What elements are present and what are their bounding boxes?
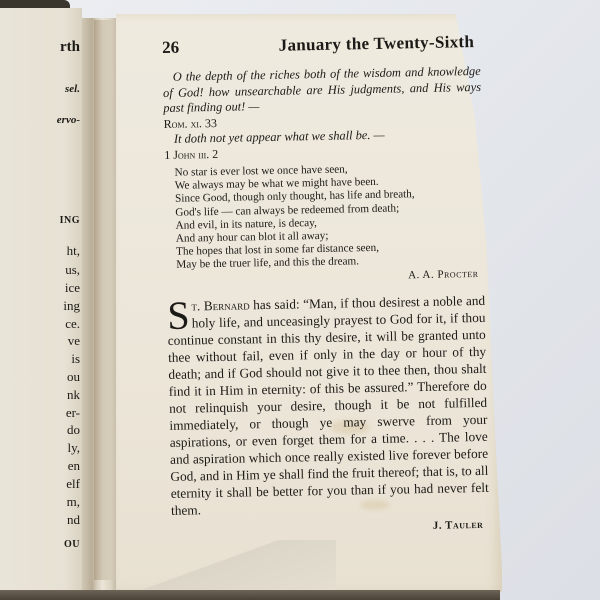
left-page-fragment: en	[68, 459, 80, 472]
book-bottom-edge	[0, 590, 500, 600]
left-page-fragment: ING	[60, 216, 80, 226]
left-page-fragment: ly,	[67, 441, 80, 454]
drop-cap: S	[167, 299, 190, 331]
reading-paragraph: St. Bernard has said: “Man, if thou desi…	[167, 291, 489, 518]
left-page: rthsel.ervo-INGht,us,iceingce.veisounker…	[0, 8, 82, 592]
page-content: 26 January the Twenty-Sixth O the depth …	[162, 32, 490, 537]
left-page-fragment: nk	[67, 388, 80, 401]
running-head: January the Twenty-Sixth	[278, 32, 474, 56]
left-page-fragment: is	[71, 352, 80, 365]
gutter-fold-shadow	[94, 20, 116, 580]
left-page-fragment: OU	[64, 540, 80, 550]
book-cover-edge	[0, 0, 70, 8]
page-number: 26	[162, 38, 179, 58]
left-page-fragment: er-	[66, 406, 80, 419]
reading-body: has said: “Man, if thou desirest a noble…	[168, 292, 489, 517]
left-page-fragment: ing	[63, 299, 80, 312]
left-page-fragment: ou	[67, 370, 80, 383]
left-page-fragment: ice	[65, 281, 80, 294]
left-page-fragment: rth	[60, 40, 80, 55]
book-photo: rthsel.ervo-INGht,us,iceingce.veisounker…	[0, 0, 600, 600]
left-page-fragment: nd	[67, 513, 80, 526]
left-page-fragment: ervo-	[57, 115, 80, 126]
left-page-fragment: m,	[67, 495, 80, 508]
left-page-fragment: ve	[68, 334, 80, 347]
scripture-verse-1: O the depth of the riches both of the wi…	[163, 64, 482, 117]
left-page-fragment: elf	[66, 477, 80, 490]
folded-page-corner	[116, 540, 336, 590]
left-page-fragment: ht,	[67, 244, 80, 257]
left-page-fragment: us,	[65, 263, 80, 276]
left-page-fragment: ce.	[65, 317, 80, 330]
left-page-fragment: do	[67, 423, 80, 436]
scripture-epigraph: O the depth of the riches both of the wi…	[163, 64, 483, 163]
reading-lead: t. Bernard	[191, 297, 250, 313]
left-page-fragment: sel.	[65, 84, 80, 95]
poem: No star is ever lost we once have seen, …	[174, 161, 484, 273]
